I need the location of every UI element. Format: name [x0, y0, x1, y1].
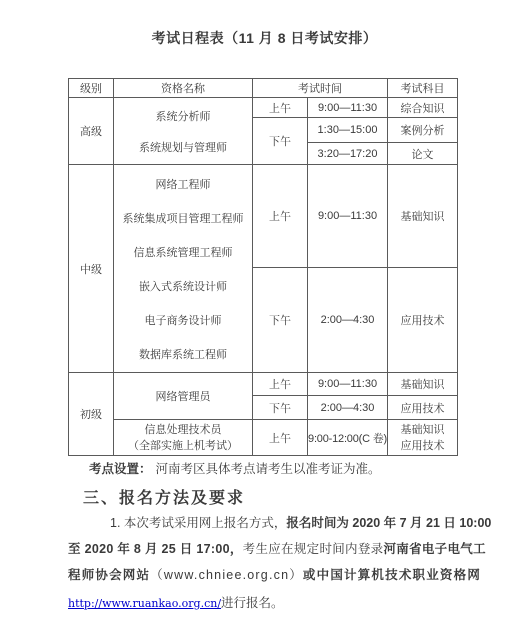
table-header-row: 级别 资格名称 考试时间 考试科目 [69, 79, 458, 98]
header-qualification: 资格名称 [114, 79, 253, 98]
subject-cell: 论文 [388, 143, 458, 165]
registration-paragraph-line-2: 至 2020 年 8 月 25 日 17:00，考生应在规定时间内登录河南省电子… [68, 539, 486, 557]
subject-cell: 应用技术 [388, 268, 458, 373]
qualification-item: 信息系统管理工程师 [134, 244, 233, 260]
paragraph-text: 进行报名。 [221, 596, 284, 610]
document-page: 考试日程表（11 月 8 日考试安排） 级别 资格名称 考试时间 考试科目 高级… [0, 0, 529, 623]
session-cell: 下午 [253, 268, 308, 373]
qualification-item: 信息处理技术员 [114, 422, 252, 438]
qualifications-cell-intermediate: 网络工程师 系统集成项目管理工程师 信息系统管理工程师 嵌入式系统设计师 电子商… [114, 165, 253, 373]
subject-cell: 基础知识 [388, 373, 458, 396]
registration-deadline-bold: 至 2020 年 8 月 25 日 17:00， [68, 542, 243, 556]
subject-line: 基础知识 [388, 422, 457, 438]
time-cell: 1:30—15:00 [308, 118, 388, 143]
time-cell: 9:00—11:30 [308, 98, 388, 118]
table-row-senior-am: 高级 系统分析师 系统规划与管理师 上午 9:00—11:30 综合知识 [69, 98, 458, 118]
table-row-junior-am: 初级 网络管理员 上午 9:00—11:30 基础知识 [69, 373, 458, 396]
subject-line: 应用技术 [388, 438, 457, 454]
venue-label: 考点设置： [89, 462, 152, 476]
table-row-junior-infotech: 信息处理技术员 （全部实施上机考试） 上午 9:00-12:00(C 卷) 基础… [69, 420, 458, 456]
subject-cell: 综合知识 [388, 98, 458, 118]
qualification-item-note: （全部实施上机考试） [114, 438, 252, 454]
paragraph-text: 考生应在规定时间内登录 [243, 542, 384, 556]
qualification-item: 电子商务设计师 [145, 312, 222, 328]
subject-cell: 案例分析 [388, 118, 458, 143]
paragraph-text: 1. 本次考试采用网上报名方式， [110, 516, 286, 530]
website-name-bold: 程师协会网站 [68, 568, 150, 582]
session-cell: 下午 [253, 396, 308, 420]
time-cell: 9:00—11:30 [308, 165, 388, 268]
header-level: 级别 [69, 79, 114, 98]
subject-cell: 应用技术 [388, 396, 458, 420]
section-heading: 三、报名方法及要求 [83, 485, 245, 508]
time-cell: 2:00—4:30 [308, 268, 388, 373]
website-name-bold: 或中国计算机技术职业资格网 [303, 568, 481, 582]
time-cell: 3:20—17:20 [308, 143, 388, 165]
time-cell: 9:00—11:30 [308, 373, 388, 396]
session-cell: 上午 [253, 373, 308, 396]
qualifications-cell-senior: 系统分析师 系统规划与管理师 [114, 98, 253, 165]
level-cell-junior: 初级 [69, 373, 114, 456]
level-cell-intermediate: 中级 [69, 165, 114, 373]
qualification-item: 网络工程师 [156, 176, 211, 192]
qualification-item: 系统集成项目管理工程师 [123, 210, 244, 226]
session-cell: 上午 [253, 98, 308, 118]
website-name-bold: 河南省电子电气工 [383, 542, 485, 556]
session-cell: 上午 [253, 420, 308, 456]
qualifications-cell-network-admin: 网络管理员 [114, 373, 253, 420]
header-exam-time: 考试时间 [253, 79, 388, 98]
level-cell-senior: 高级 [69, 98, 114, 165]
session-cell: 上午 [253, 165, 308, 268]
registration-paragraph-line-4: http://www.ruankao.org.cn/进行报名。 [68, 593, 284, 611]
venue-text: 河南考区具体考点请考生以准考证为准。 [156, 462, 381, 476]
document-title: 考试日程表（11 月 8 日考试安排） [0, 28, 529, 48]
time-cell: 9:00-12:00(C 卷) [308, 420, 388, 456]
ruankao-link[interactable]: http://www.ruankao.org.cn/ [68, 597, 221, 610]
qualification-item: 数据库系统工程师 [139, 346, 227, 362]
qualifications-cell-infotech: 信息处理技术员 （全部实施上机考试） [114, 420, 253, 456]
qualification-item: 系统规划与管理师 [139, 139, 227, 155]
registration-paragraph-line-3: 程师协会网站（www.chniee.org.cn）或中国计算机技术职业资格网 [68, 565, 481, 583]
header-subject: 考试科目 [388, 79, 458, 98]
website-url-text: （www.chniee.org.cn） [150, 568, 303, 582]
session-cell: 下午 [253, 118, 308, 165]
time-cell: 2:00—4:30 [308, 396, 388, 420]
registration-time-bold: 报名时间为 2020 年 7 月 21 日 10:00 [286, 516, 491, 530]
subject-cell: 基础知识 [388, 165, 458, 268]
qualification-item: 嵌入式系统设计师 [139, 278, 227, 294]
qualification-item: 系统分析师 [156, 108, 211, 124]
subject-cell: 基础知识 应用技术 [388, 420, 458, 456]
registration-paragraph-line-1: 1. 本次考试采用网上报名方式，报名时间为 2020 年 7 月 21 日 10… [110, 513, 491, 531]
exam-schedule-table: 级别 资格名称 考试时间 考试科目 高级 系统分析师 系统规划与管理师 上午 9… [68, 78, 458, 456]
venue-note: 考点设置：河南考区具体考点请考生以准考证为准。 [89, 459, 381, 477]
table-row-intermediate-am: 中级 网络工程师 系统集成项目管理工程师 信息系统管理工程师 嵌入式系统设计师 … [69, 165, 458, 268]
